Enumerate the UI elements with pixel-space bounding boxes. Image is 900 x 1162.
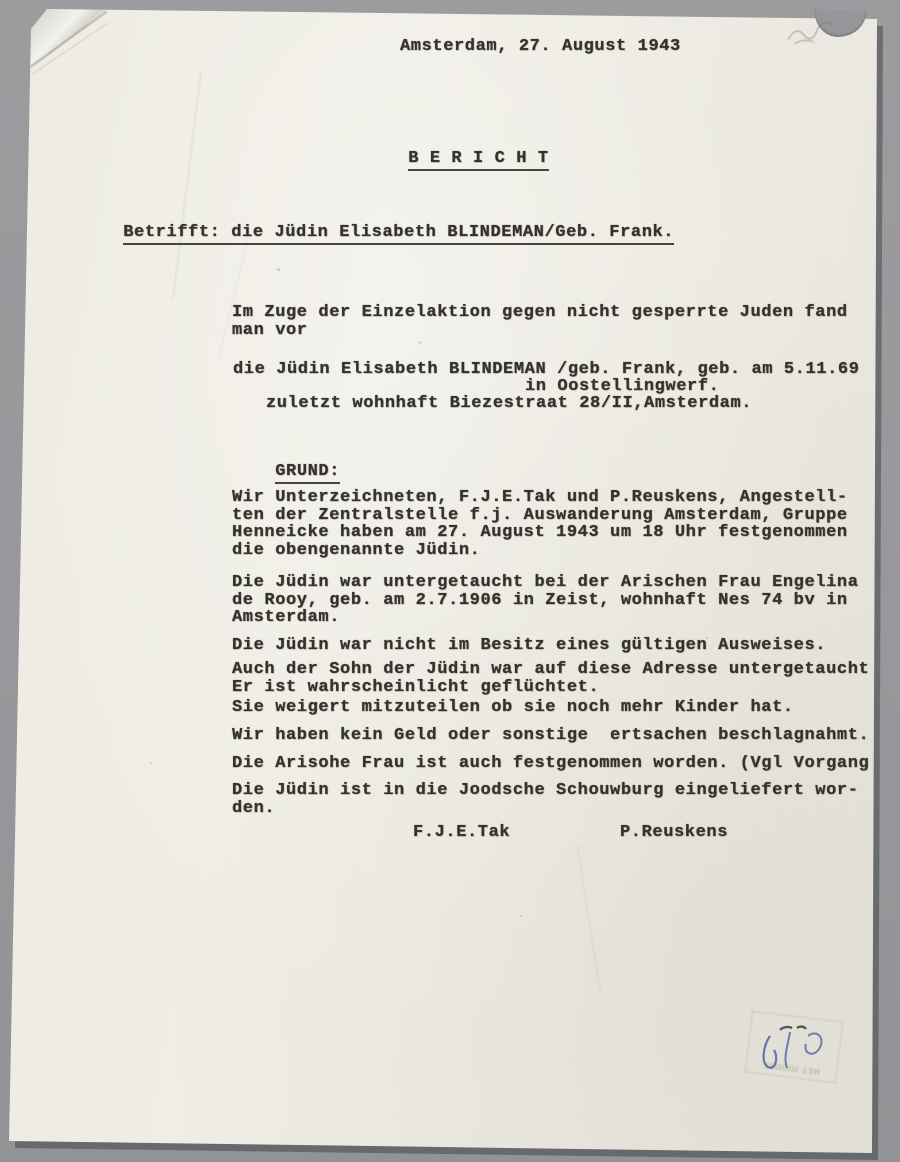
subject-line: Betrifft: die Jüdin Elisabeth BLINDEMAN/… (123, 223, 674, 245)
person-line: die Jüdin Elisabeth BLINDEMAN /geb. Fran… (233, 361, 860, 379)
paragraph-schouwburg: Die Jüdin ist in die Joodsche Schouwburg… (232, 782, 859, 817)
paragraph-hiding: Die Jüdin war untergetaucht bei der Aris… (232, 574, 859, 627)
paper-crease (172, 71, 202, 300)
grund-heading: GRUND: (275, 462, 340, 484)
text-line: Amsterdam. (232, 609, 859, 627)
paragraph-arische-frau: Die Arisohe Frau ist auch festgenommen w… (232, 755, 891, 773)
text-line: ten der Zentralstelle f.j. Auswanderung … (232, 507, 848, 525)
paragraph-geld: Wir haben kein Geld oder sonstige ertsac… (232, 727, 869, 745)
pencil-scribble (784, 16, 844, 52)
paper-crease (218, 242, 249, 359)
signature-right: P.Reuskens (620, 824, 728, 842)
paper-crease (576, 846, 601, 994)
paragraph-kinder: Sie weigert mitzuteilen ob sie noch mehr… (232, 699, 794, 717)
paper-speck (277, 268, 280, 271)
paragraph-ausweis: Die Jüdin war nicht im Besitz eines gült… (232, 637, 826, 655)
paper-speck (150, 762, 152, 764)
text-line: man vor (232, 322, 848, 340)
text-line: Im Zuge der Einzelaktion gegen nicht ges… (232, 304, 848, 322)
person-line: zuletzt wohnhaft Biezestraat 28/II,Amste… (266, 395, 752, 413)
text-line: den. (232, 800, 859, 818)
text-line: de Rooy, geb. am 2.7.1906 in Zeist, wohn… (232, 592, 859, 610)
text-line: Die Jüdin war untergetaucht bei der Aris… (232, 574, 859, 592)
photograph-background: { "background": { "color": "#97989b" }, … (0, 0, 900, 1162)
text-line: Wir Unterzeichneten, F.J.E.Tak und P.Reu… (232, 489, 848, 507)
person-line: in Oostellingwerf. (525, 378, 719, 396)
paragraph-intro: Im Zuge der Einzelaktion gegen nicht ges… (232, 304, 848, 339)
paper-speck (520, 915, 522, 917)
blue-ink-handwriting (750, 1020, 845, 1090)
document-page: Amsterdam, 27. August 1943 B E R I C H T… (0, 0, 900, 1162)
text-line: die obengenannte Jüdin. (232, 542, 848, 560)
date-line: Amsterdam, 27. August 1943 (400, 38, 681, 56)
paper-stain (418, 341, 422, 344)
text-line: Die Jüdin ist in die Joodsche Schouwburg… (232, 782, 859, 800)
text-line: Er ist wahrscheinlicht geflüchtet. (232, 679, 869, 697)
text-line: Henneicke haben am 27. August 1943 um 18… (232, 524, 848, 542)
paragraph-arrest: Wir Unterzeichneten, F.J.E.Tak und P.Reu… (232, 489, 848, 559)
signature-left: F.J.E.Tak (413, 824, 510, 842)
text-line: Auch der Sohn der Jüdin war auf diese Ad… (232, 661, 869, 679)
report-title: B E R I C H T (408, 149, 548, 171)
paragraph-sohn: Auch der Sohn der Jüdin war auf diese Ad… (232, 661, 869, 696)
